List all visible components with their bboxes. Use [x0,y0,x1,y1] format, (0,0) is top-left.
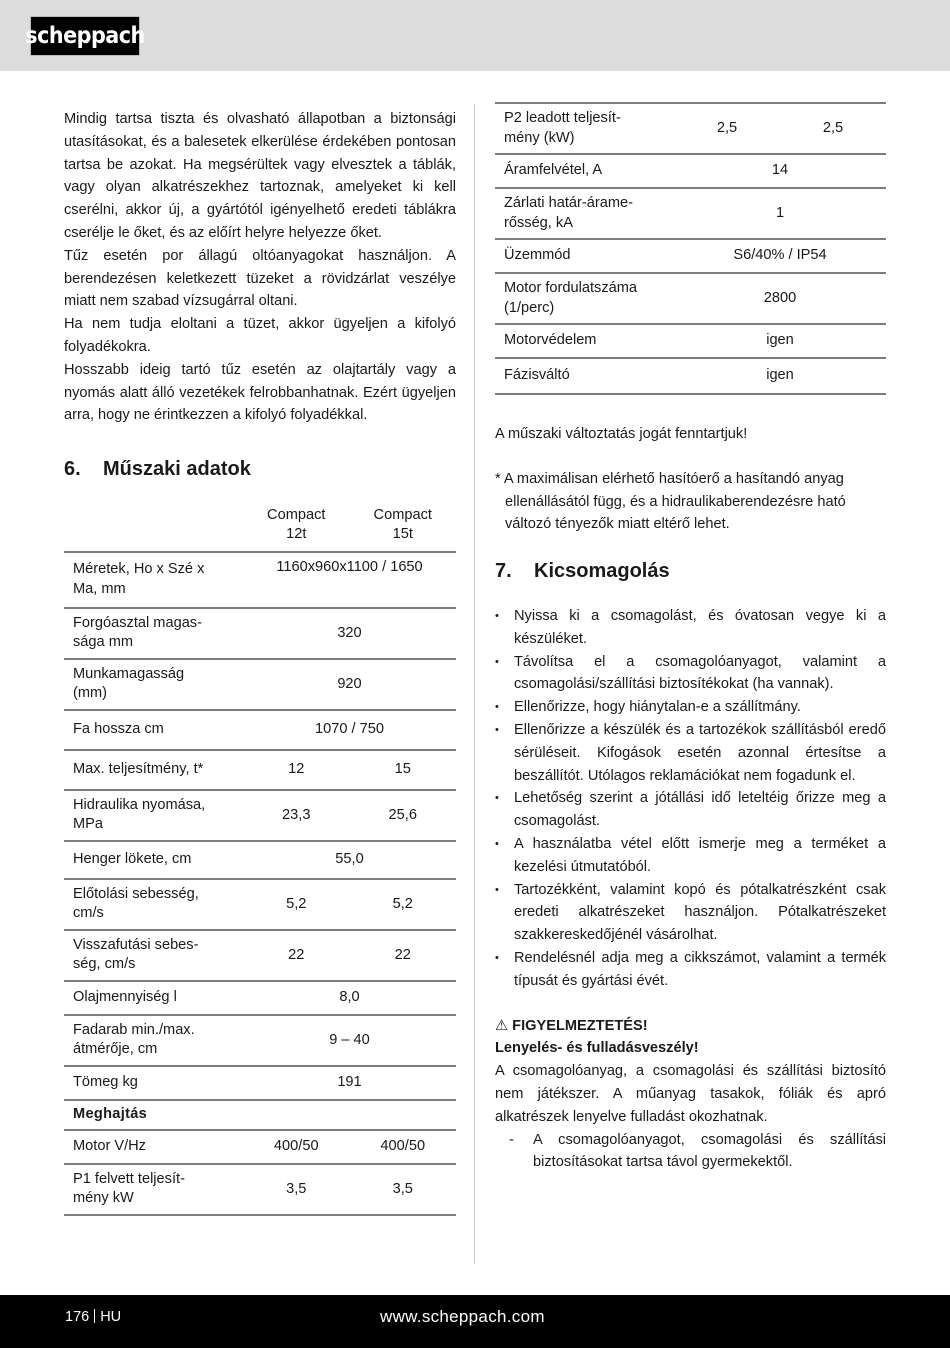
safety-signs-paragraph: Mindig tartsa tiszta és olvasható állapo… [64,108,456,245]
row-label: Forgóasztal magas-sága mm [64,608,243,659]
row-value: 14 [674,154,886,188]
list-item: Nyissa ki a csomagolást, és óvatosan veg… [495,605,886,651]
table-row: Munkamagasság(mm) 920 [64,659,456,710]
table-row: Motor fordulatszáma(1/perc) 2800 [495,273,886,324]
website-link[interactable]: www.scheppach.com [380,1307,545,1327]
page-number: 176HU [65,1309,121,1325]
row-value: 191 [243,1066,456,1100]
row-value-12t: 5,2 [243,879,350,930]
row-label: Meghajtás [64,1100,456,1130]
table-row: Előtolási sebesség,cm/s 5,2 5,2 [64,879,456,930]
row-value-12t: 22 [243,930,350,981]
section-7-heading: 7. Kicsomagolás [495,560,886,583]
spec-table-right: P2 leadott teljesít-mény (kW) 2,5 2,5 Ár… [495,102,886,395]
table-row: Motorvédelem igen [495,324,886,358]
row-label: Motor V/Hz [64,1130,243,1164]
table-row: Hidraulika nyomása,MPa 23,3 25,6 [64,790,456,841]
row-value-15t: 400/50 [350,1130,457,1164]
row-label: Motor fordulatszáma(1/perc) [495,273,674,324]
row-label: Üzemmód [495,239,674,273]
warning-subtitle: Lenyelés- és fulladásveszély! [495,1037,886,1060]
left-column: Mindig tartsa tiszta és olvasható állapo… [64,108,456,1216]
row-label: Munkamagasság(mm) [64,659,243,710]
column-header-15t: Compact15t [350,499,457,552]
row-value: igen [674,358,886,394]
section-number: 7. [495,560,534,583]
table-row: Méretek, Ho x Szé xMa, mm 1160x960x1100 … [64,552,456,608]
row-label: Olajmennyiség l [64,981,243,1015]
row-label: Fadarab min./max.átmérője, cm [64,1015,243,1066]
row-label: Visszafutási sebes-ség, cm/s [64,930,243,981]
unpacking-list: Nyissa ki a csomagolást, és óvatosan veg… [495,605,886,993]
page-footer: 176HU www.scheppach.com [0,1295,950,1348]
row-value-15t: 15 [350,750,457,790]
header-band: scheppach [0,0,950,71]
fire-explosion-paragraph: Hosszabb ideig tartó tűz esetén az olajt… [64,359,456,427]
table-row: Olajmennyiség l 8,0 [64,981,456,1015]
spec-table-left: Compact12t Compact15t Méretek, Ho x Szé … [64,499,456,1216]
list-item: A használatba vétel előtt ismerje meg a … [495,833,886,879]
row-value-12t: 23,3 [243,790,350,841]
row-label: Hidraulika nyomása,MPa [64,790,243,841]
separator [94,1309,95,1323]
section-6-heading: 6. Műszaki adatok [64,458,456,481]
row-value-15t: 25,6 [350,790,457,841]
row-value: 8,0 [243,981,456,1015]
table-row: Motor V/Hz 400/50 400/50 [64,1130,456,1164]
list-item: Rendelésnél adja meg a cikkszámot, valam… [495,947,886,993]
table-row: Áramfelvétel, A 14 [495,154,886,188]
list-item: Tartozékként, valamint kopó és pótalkatr… [495,879,886,947]
warning-title-line: ⚠ FIGYELMEZTETÉS! [495,1015,886,1038]
warning-dash-item: - A csomagolóanyagot, csomagolási és szá… [495,1129,886,1175]
warning-block: ⚠ FIGYELMEZTETÉS! Lenyelés- és fulladásv… [495,1015,886,1175]
table-row: Fa hossza cm 1070 / 750 [64,710,456,750]
scheppach-logo: scheppach [30,16,140,56]
language-code: HU [100,1309,121,1325]
table-row: Zárlati határ-árame-rősség, kA 1 [495,188,886,239]
section-title: Műszaki adatok [103,458,251,481]
table-row: Üzemmód S6/40% / IP54 [495,239,886,273]
row-value: 55,0 [243,841,456,879]
row-value-15t: 22 [350,930,457,981]
list-item: Ellenőrizze, hogy hiánytalan-e a szállít… [495,696,886,719]
row-value-12t: 400/50 [243,1130,350,1164]
list-item: Távolítsa el a csomagolóanyagot, valamin… [495,651,886,697]
right-column: P2 leadott teljesít-mény (kW) 2,5 2,5 Ár… [495,102,886,1174]
section-number: 6. [64,458,103,481]
row-value: 2800 [674,273,886,324]
row-label: Áramfelvétel, A [495,154,674,188]
row-value: 9 – 40 [243,1015,456,1066]
list-item: Lehetőség szerint a jótállási idő letelt… [495,787,886,833]
row-value: S6/40% / IP54 [674,239,886,273]
table-row: Henger lökete, cm 55,0 [64,841,456,879]
row-value: 1160x960x1100 / 1650 [243,552,456,608]
list-item: Ellenőrizze a készülék és a tartozékok s… [495,719,886,787]
row-value-15t: 5,2 [350,879,457,930]
row-label: Méretek, Ho x Szé xMa, mm [64,552,243,608]
row-value: igen [674,324,886,358]
warning-title: FIGYELMEZTETÉS! [512,1018,647,1034]
column-header-12t: Compact12t [243,499,350,552]
row-label: Fa hossza cm [64,710,243,750]
fire-extinguisher-paragraph: Tűz esetén por állagú oltóanyagokat hasz… [64,245,456,313]
row-label: Max. teljesítmény, t* [64,750,243,790]
row-label: Zárlati határ-árame-rősség, kA [495,188,674,239]
technical-changes-note: A műszaki változtatás jogát fenntartjuk! [495,423,886,446]
table-row: P2 leadott teljesít-mény (kW) 2,5 2,5 [495,103,886,154]
table-row: Max. teljesítmény, t* 12 15 [64,750,456,790]
row-value: 320 [243,608,456,659]
row-label: P2 leadott teljesít-mény (kW) [495,103,674,154]
row-label: Motorvédelem [495,324,674,358]
column-divider [474,104,475,1264]
fire-liquid-paragraph: Ha nem tudja eloltani a tüzet, akkor ügy… [64,313,456,359]
row-value-12t: 2,5 [674,103,780,154]
row-value: 920 [243,659,456,710]
row-label: P1 felvett teljesít-mény kW [64,1164,243,1215]
table-row: Visszafutási sebes-ség, cm/s 22 22 [64,930,456,981]
table-row: P1 felvett teljesít-mény kW 3,5 3,5 [64,1164,456,1215]
dash-bullet: - [509,1129,514,1152]
row-value: 1070 / 750 [243,710,456,750]
table-row-drive-heading: Meghajtás [64,1100,456,1130]
table-row: Fadarab min./max.átmérője, cm 9 – 40 [64,1015,456,1066]
table-row: Tömeg kg 191 [64,1066,456,1100]
max-force-footnote: * A maximálisan elérhető hasítóerő a has… [495,468,886,536]
warning-triangle-icon: ⚠ [495,1018,508,1034]
row-label: Tömeg kg [64,1066,243,1100]
row-value: 1 [674,188,886,239]
row-label: Előtolási sebesség,cm/s [64,879,243,930]
section-title: Kicsomagolás [534,560,670,583]
row-label: Henger lökete, cm [64,841,243,879]
row-value-12t: 12 [243,750,350,790]
warning-text: A csomagolóanyag, a csomagolási és száll… [495,1060,886,1128]
row-value-15t: 2,5 [780,103,886,154]
spec-table-header: Compact12t Compact15t [64,499,456,552]
row-value-15t: 3,5 [350,1164,457,1215]
table-row: Forgóasztal magas-sága mm 320 [64,608,456,659]
row-value-12t: 3,5 [243,1164,350,1215]
row-label: Fázisváltó [495,358,674,394]
table-row: Fázisváltó igen [495,358,886,394]
